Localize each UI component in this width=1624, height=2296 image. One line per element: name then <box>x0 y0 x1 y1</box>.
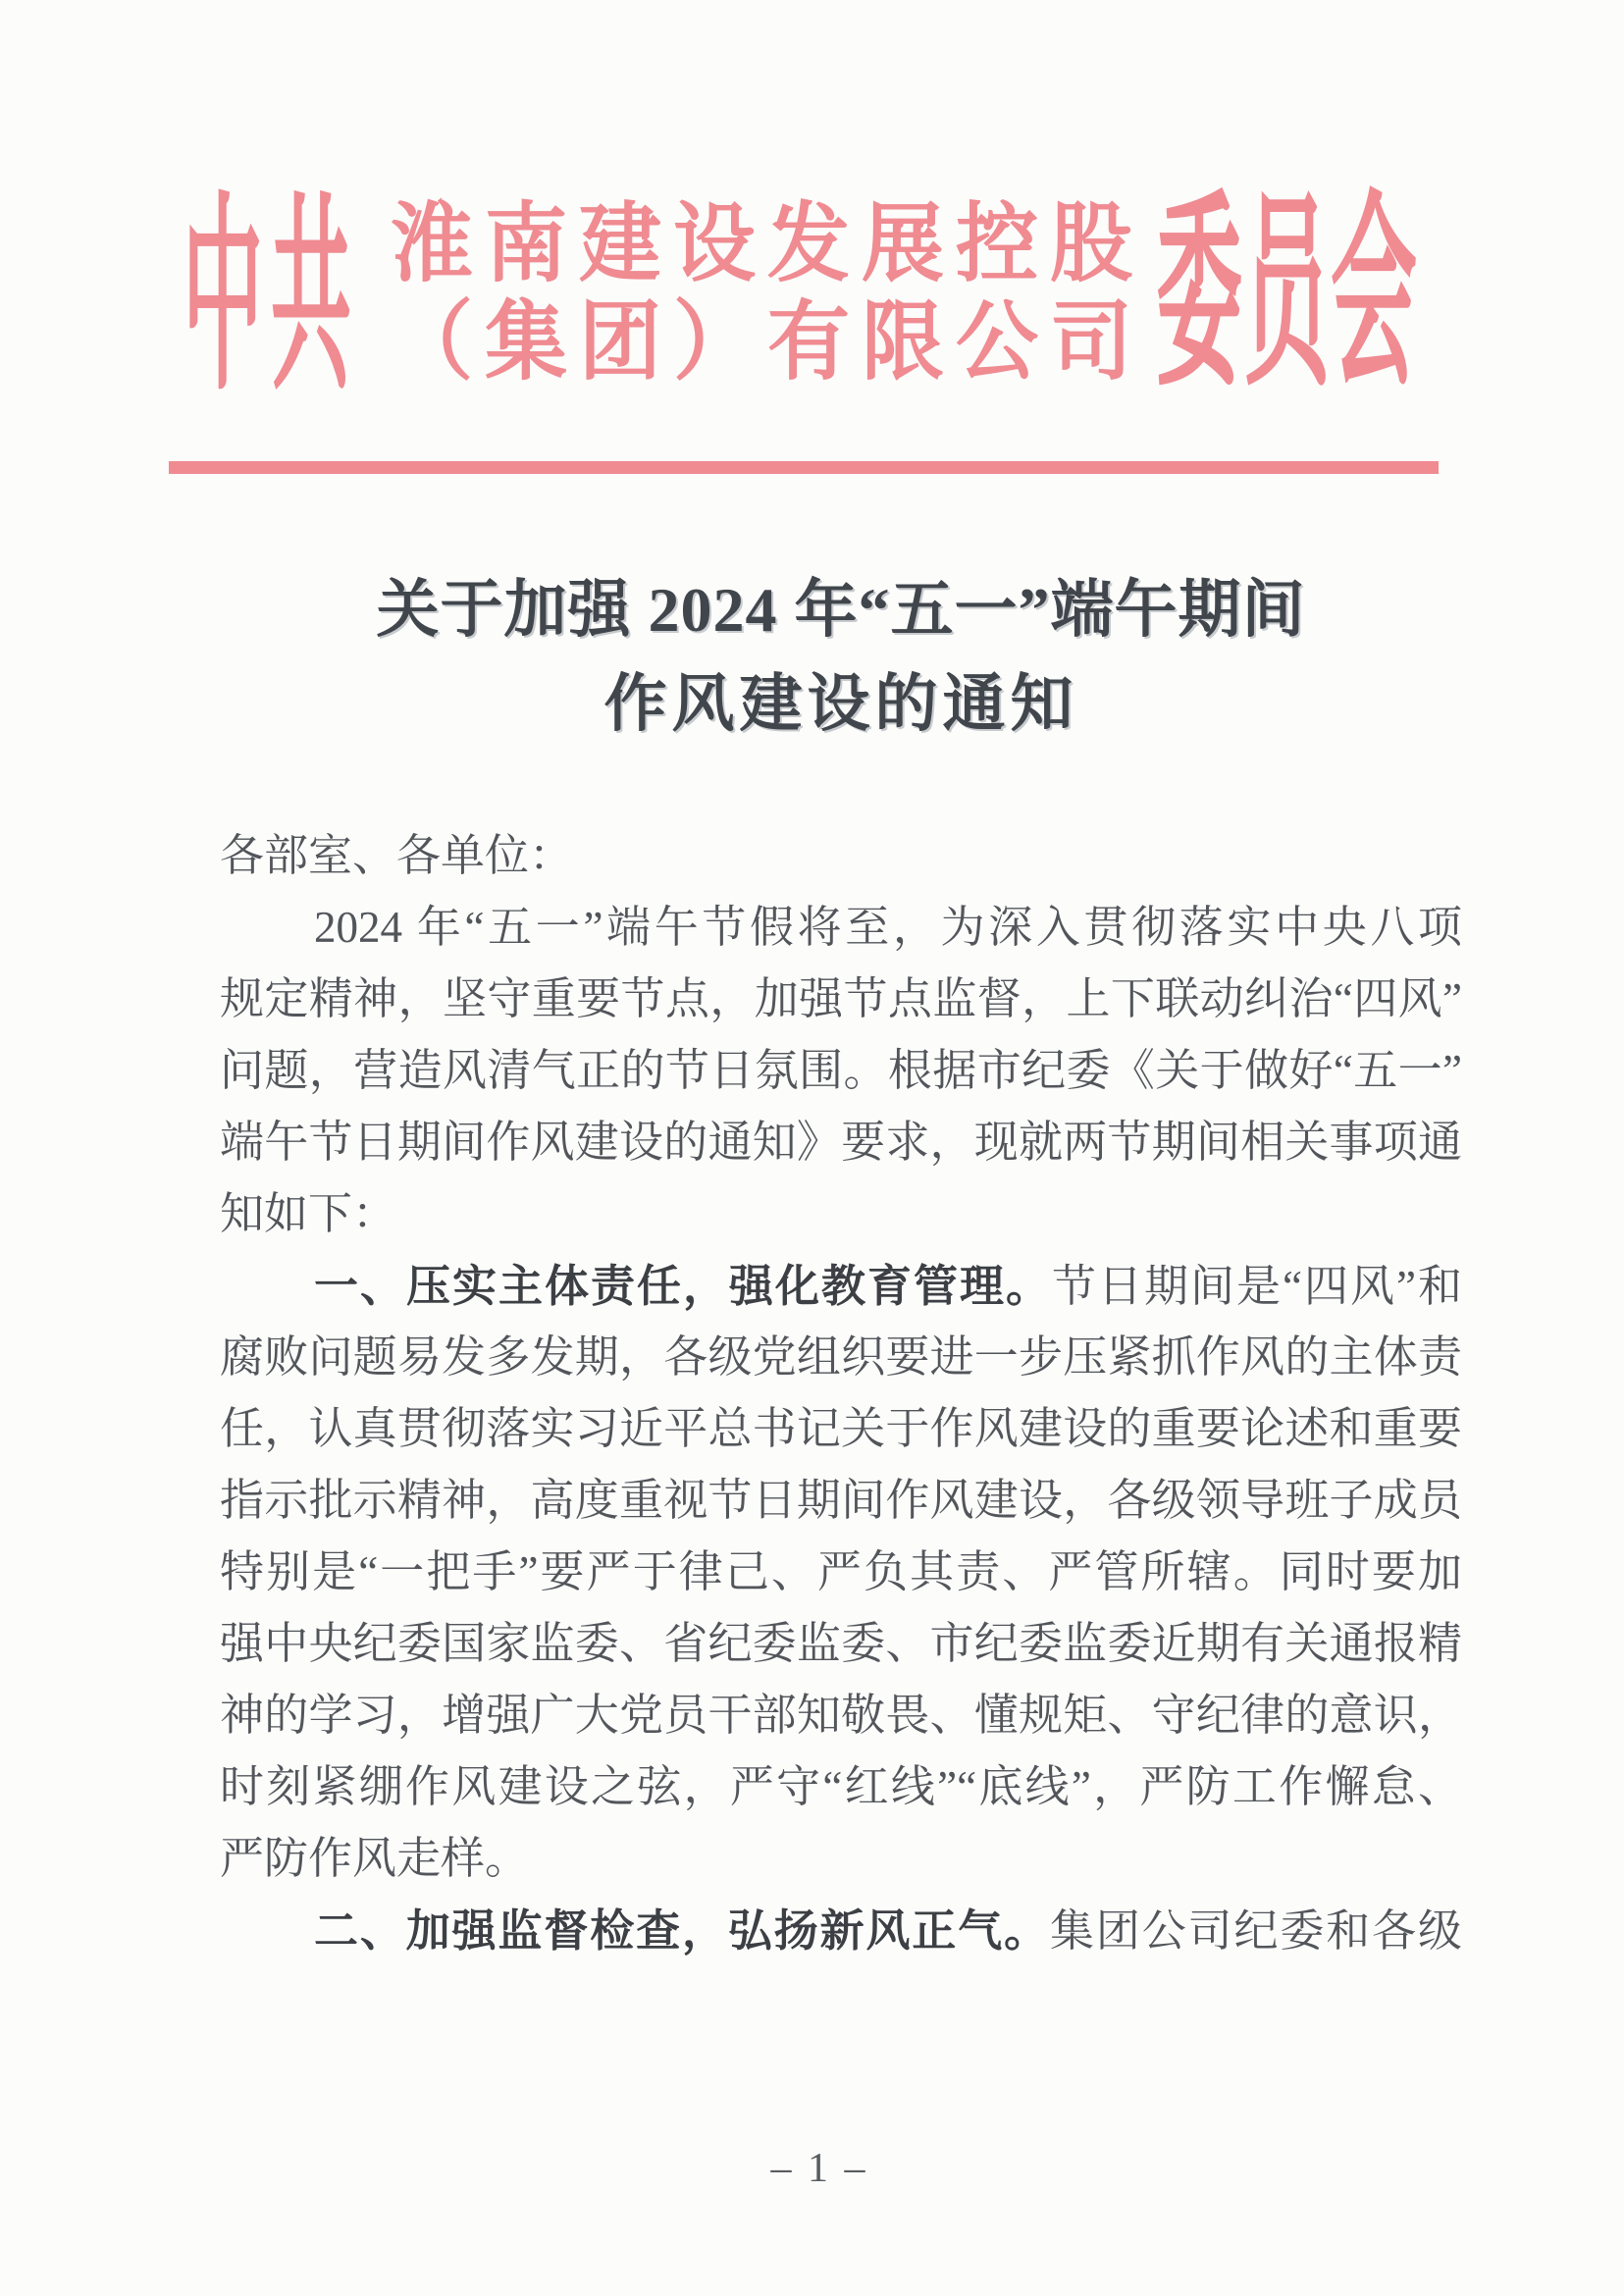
section-heading-1: 一、压实主体责任，强化教育管理。 <box>314 1261 1052 1311</box>
body-line: 严防作风走样。 <box>220 1823 1462 1895</box>
body-text: 时刻紧绷作风建设之弦，严守“红线”“底线”，严防工作懈怠、 <box>220 1762 1462 1811</box>
body-text: 严防作风走样。 <box>220 1834 529 1883</box>
body-text: 知如下： <box>220 1189 396 1238</box>
body-line: 强中央纪委国家监委、省纪委监委、市纪委监委近期有关通报精 <box>220 1608 1462 1680</box>
body-line: 特别是“一把手”要严于律己、严负其责、严管所辖。同时要加 <box>220 1537 1462 1608</box>
body-text: 节日期间是“四风”和 <box>1052 1262 1462 1311</box>
page-number: – 1 – <box>672 2145 967 2192</box>
body-line: 时刻紧绷作风建设之弦，严守“红线”“底线”，严防工作懈怠、 <box>220 1751 1462 1823</box>
body-text: 强中央纪委国家监委、省纪委监委、市纪委监委近期有关通报精 <box>220 1619 1462 1668</box>
body-line: 知如下： <box>220 1178 1462 1250</box>
section-heading-2: 二、加强监督检查，弘扬新风正气。 <box>314 1905 1050 1956</box>
body-line: 任，认真贯彻落实习近平总书记关于作风建设的重要论述和重要 <box>220 1393 1462 1465</box>
document-body: 各部室、各单位： 2024 年“五一”端午节假将至，为深入贯彻落实中央八项 规定… <box>220 820 1462 1966</box>
body-text: 指示批示精神，高度重视节日期间作风建设，各级领导班子成员 <box>220 1476 1462 1525</box>
document-title: 关于加强 2024 年“五一”端午期间 作风建设的通知 <box>220 563 1462 752</box>
document-title-line1: 关于加强 2024 年“五一”端午期间 <box>220 563 1462 657</box>
body-line: 问题，营造风清气正的节日氛围。根据市纪委《关于做好“五一” <box>220 1035 1462 1107</box>
body-text: 特别是“一把手”要严于律己、严负其责、严管所辖。同时要加 <box>220 1547 1462 1596</box>
body-line: 2024 年“五一”端午节假将至，为深入贯彻落实中央八项 <box>220 892 1462 964</box>
body-text: 问题，营造风清气正的节日氛围。根据市纪委《关于做好“五一” <box>220 1046 1462 1095</box>
letterhead-party-prefix: 中共 <box>183 194 359 405</box>
body-text: 端午节日期间作风建设的通知》要求，现就两节期间相关事项通 <box>220 1118 1462 1167</box>
body-text: 2024 年“五一”端午节假将至，为深入贯彻落实中央八项 <box>314 903 1462 952</box>
letterhead-org-line2: （集团）有限公司 <box>391 300 1144 387</box>
body-line-section-1: 一、压实主体责任，强化教育管理。节日期间是“四风”和 <box>220 1250 1462 1322</box>
body-line-section-2: 二、加强监督检查，弘扬新风正气。集团公司纪委和各级党 <box>220 1895 1462 1966</box>
body-text: 腐败问题易发多发期，各级党组织要进一步压紧抓作风的主体责 <box>220 1332 1462 1382</box>
body-text: 任，认真贯彻落实习近平总书记关于作风建设的重要论述和重要 <box>220 1404 1462 1453</box>
body-line: 端午节日期间作风建设的通知》要求，现就两节期间相关事项通 <box>220 1107 1462 1178</box>
body-line-salutation: 各部室、各单位： <box>220 820 1462 892</box>
letterhead-committee-suffix: 委员会 <box>1156 194 1418 403</box>
letterhead-org-line1: 淮南建设发展控股 <box>391 202 1144 288</box>
body-line: 指示批示精神，高度重视节日期间作风建设，各级领导班子成员 <box>220 1465 1462 1537</box>
body-line: 神的学习，增强广大党员干部知敬畏、懂规矩、守纪律的意识， <box>220 1680 1462 1751</box>
body-text: 规定精神，坚守重要节点，加强节点监督，上下联动纠治“四风” <box>220 974 1462 1023</box>
red-divider-line <box>169 461 1439 474</box>
document-title-line2: 作风建设的通知 <box>220 657 1462 752</box>
body-text: 各部室、各单位： <box>220 831 573 880</box>
body-line: 规定精神，坚守重要节点，加强节点监督，上下联动纠治“四风” <box>220 964 1462 1035</box>
document-page: 中共 淮南建设发展控股 （集团）有限公司 委员会 关于加强 2024 年“五一”… <box>0 0 1624 2296</box>
body-line: 腐败问题易发多发期，各级党组织要进一步压紧抓作风的主体责 <box>220 1322 1462 1393</box>
body-text: 神的学习，增强广大党员干部知敬畏、懂规矩、守纪律的意识， <box>220 1691 1462 1740</box>
